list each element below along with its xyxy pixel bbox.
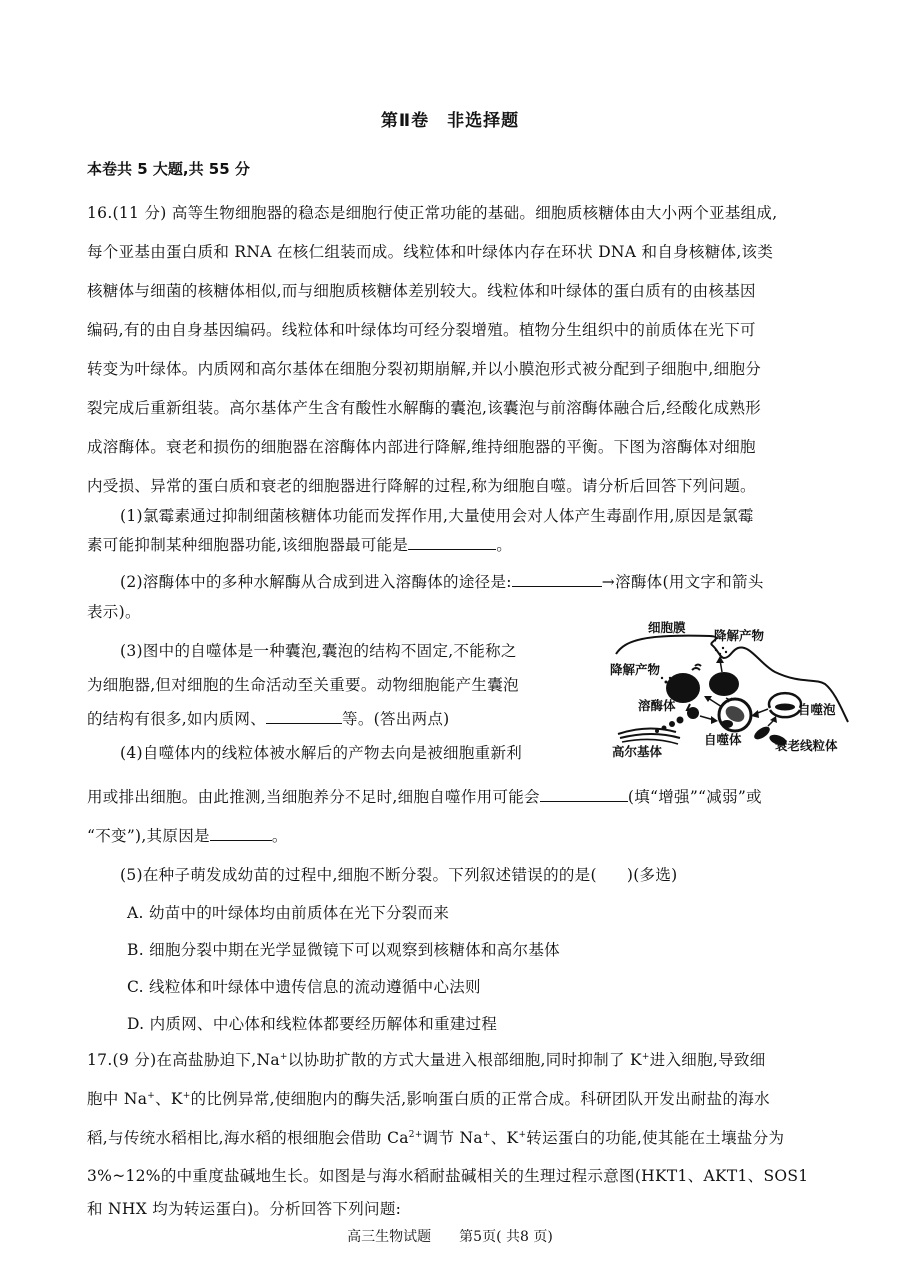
q16-part4-text-2: (填“增强”“减弱”或	[628, 788, 762, 806]
q16-part5-line-1: (5)在种子萌发成幼苗的过程中,细胞不断分裂。下列叙述错误的的是()(多选)	[120, 865, 678, 885]
autophagy-diagram: 细胞膜 降解产物 降解产物 溶酶体 自噬泡 自噬体 高尔基体 衰老线粒体	[600, 612, 880, 762]
option-b: B. 细胞分裂中期在光学显微镜下可以观察到核糖体和高尔基体	[127, 940, 560, 960]
q17-text: 稻,与传统水稻相比,海水稻的根细胞会借助 Ca	[87, 1129, 409, 1147]
section-info: 本卷共 5 大题,共 55 分	[87, 158, 250, 179]
q17-line-4: 3%~12%的中重度盐碱地生长。如图是与海水稻耐盐碱相关的生理过程示意图(HKT…	[87, 1166, 808, 1186]
section-title: 第Ⅱ卷 非选择题	[0, 106, 900, 131]
superscript: +	[642, 1052, 650, 1062]
q17-line-2: 胞中 Na+、K+的比例异常,使细胞内的酶失活,影响蛋白质的正常合成。科研团队开…	[87, 1089, 770, 1109]
q17-line-1: 17.(9 分)在高盐胁迫下,Na+以协助扩散的方式大量进入根部细胞,同时抑制了…	[87, 1050, 766, 1070]
q16-part4-line-1: (4)自噬体内的线粒体被水解后的产物去向是被细胞重新利	[120, 743, 522, 763]
q16-part4-line-3: “不变”),其原因是。	[87, 826, 288, 846]
q16-part3-line-1: (3)图中的自噬体是一种囊泡,囊泡的结构不固定,不能称之	[120, 641, 517, 661]
q16-part3-line-2: 为细胞器,但对细胞的生命活动至关重要。动物细胞能产生囊泡	[87, 675, 519, 695]
q16-part4-line-2: 用或排出细胞。由此推测,当细胞养分不足时,细胞自噬作用可能会(填“增强”“减弱”…	[87, 787, 762, 807]
answer-blank-4[interactable]	[540, 787, 628, 802]
q17-text: 转运蛋白的功能,使其能在土壤盐分为	[526, 1129, 784, 1147]
q16-intro-line-8: 内受损、异常的蛋白质和衰老的细胞器进行降解的过程,称为细胞自噬。请分析后回答下列…	[87, 476, 756, 496]
q17-text: 的比例异常,使细胞内的酶失活,影响蛋白质的正常合成。科研团队开发出耐盐的海水	[191, 1090, 770, 1108]
q16-part1-line-2: 素可能抑制某种细胞器功能,该细胞器最可能是。	[87, 535, 512, 555]
q16-part3-line-3: 的结构有很多,如内质网、等。(答出两点)	[87, 709, 450, 729]
option-a: A. 幼苗中的叶绿体均由前质体在光下分裂而来	[127, 903, 449, 923]
q16-part4-text: 用或排出细胞。由此推测,当细胞养分不足时,细胞自噬作用可能会	[87, 788, 540, 806]
q17-text: 、K	[155, 1090, 183, 1108]
label-cell-membrane: 细胞膜	[648, 618, 686, 636]
q16-intro-line-3: 核糖体与细菌的核糖体相似,而与细胞质核糖体差别较大。线粒体和叶绿体的蛋白质有的由…	[87, 281, 756, 301]
answer-blank-2[interactable]	[512, 572, 602, 587]
label-degradation-products-left: 降解产物	[610, 660, 660, 678]
q17-text: 、K	[491, 1129, 519, 1147]
label-lysosome: 溶酶体	[638, 696, 676, 714]
q16-part2-text-2: →溶酶体(用文字和箭头	[602, 573, 764, 591]
q16-part1-text: 素可能抑制某种细胞器功能,该细胞器最可能是	[87, 536, 408, 554]
q16-part2-line-1: (2)溶酶体中的多种水解酶从合成到进入溶酶体的途径是:→溶酶体(用文字和箭头	[120, 572, 764, 592]
q16-intro-line-6: 裂完成后重新组装。高尔基体产生含有酸性水解酶的囊泡,该囊泡与前溶酶体融合后,经酸…	[87, 398, 761, 418]
q17-line-3: 稻,与传统水稻相比,海水稻的根细胞会借助 Ca2+调节 Na+、K+转运蛋白的功…	[87, 1128, 784, 1148]
label-autophagic-vesicle: 自噬泡	[798, 700, 836, 718]
q16-intro-line-5: 转变为叶绿体。内质网和高尔基体在细胞分裂初期崩解,并以小膜泡形式被分配到子细胞中…	[87, 359, 761, 379]
q16-intro-line-1: 16.(11 分) 高等生物细胞器的稳态是细胞行使正常功能的基础。细胞质核糖体由…	[87, 203, 777, 223]
answer-blank-5[interactable]	[210, 826, 272, 841]
superscript: +	[147, 1091, 155, 1101]
q17-text: 以协助扩散的方式大量进入根部细胞,同时抑制了 K	[288, 1051, 642, 1069]
q16-part5-text: (5)在种子萌发成幼苗的过程中,细胞不断分裂。下列叙述错误的的是(	[120, 866, 597, 884]
q16-part3-text: 的结构有很多,如内质网、	[87, 710, 266, 728]
superscript: +	[183, 1091, 191, 1101]
q16-part1-line-1: (1)氯霉素通过抑制细菌核糖体功能而发挥作用,大量使用会对人体产生毒副作用,原因…	[120, 506, 754, 526]
superscript: +	[280, 1052, 288, 1062]
period: 。	[496, 536, 512, 554]
footer-page-number: 第5页( 共8 页)	[459, 1229, 553, 1245]
q16-part5-text-2: )(多选)	[627, 866, 678, 884]
answer-blank-1[interactable]	[408, 535, 496, 550]
q17-text: 进入细胞,导致细	[650, 1051, 766, 1069]
page-footer: 高三生物试题第5页( 共8 页)	[0, 1226, 900, 1246]
q17-text: 17.(9 分)在高盐胁迫下,Na	[87, 1051, 280, 1069]
superscript: 2+	[409, 1130, 423, 1140]
label-autophagosome: 自噬体	[704, 730, 742, 748]
label-aging-mitochondria: 衰老线粒体	[775, 736, 838, 754]
exam-page: 第Ⅱ卷 非选择题 本卷共 5 大题,共 55 分 16.(11 分) 高等生物细…	[0, 0, 900, 1269]
footer-subject: 高三生物试题	[347, 1229, 431, 1245]
q17-text: 胞中 Na	[87, 1090, 147, 1108]
option-c: C. 线粒体和叶绿体中遗传信息的流动遵循中心法则	[127, 977, 481, 997]
q16-part4-text-3: “不变”),其原因是	[87, 827, 210, 845]
q17-text: 调节 Na	[423, 1129, 483, 1147]
q16-intro-line-7: 成溶酶体。衰老和损伤的细胞器在溶酶体内部进行降解,维持细胞器的平衡。下图为溶酶体…	[87, 437, 756, 457]
superscript: +	[483, 1130, 491, 1140]
q16-intro-line-4: 编码,有的由自身基因编码。线粒体和叶绿体均可经分裂增殖。植物分生组织中的前质体在…	[87, 320, 756, 340]
period: 。	[272, 827, 288, 845]
label-degradation-products-top: 降解产物	[714, 626, 764, 644]
answer-blank-3[interactable]	[266, 709, 342, 724]
q16-part2-text: (2)溶酶体中的多种水解酶从合成到进入溶酶体的途径是:	[120, 573, 512, 591]
q16-part2-line-2: 表示)。	[87, 602, 141, 622]
q16-part3-text-2: 等。(答出两点)	[342, 710, 450, 728]
q17-line-5: 和 NHX 均为转运蛋白)。分析回答下列问题:	[87, 1199, 401, 1219]
q16-intro-line-2: 每个亚基由蛋白质和 RNA 在核仁组装而成。线粒体和叶绿体内存在环状 DNA 和…	[87, 242, 773, 262]
label-golgi-body: 高尔基体	[612, 742, 662, 760]
option-d: D. 内质网、中心体和线粒体都要经历解体和重建过程	[127, 1014, 497, 1034]
